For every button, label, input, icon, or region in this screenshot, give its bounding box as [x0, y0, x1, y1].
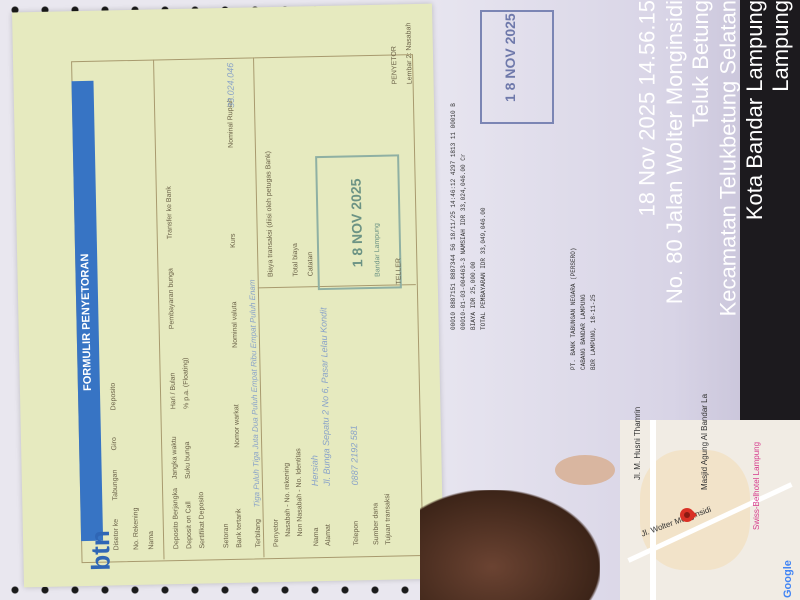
label-lembar: Lembar 2: Nasabah: [405, 23, 413, 85]
deposit-form: btn FORMULIR PENYETORAN Disetor ke Tabun…: [12, 4, 444, 588]
google-logo: Google: [782, 560, 794, 598]
stamp-date: 1 8 NOV 2025: [348, 178, 366, 267]
map-label-husni-thamrin: Jl. M. Husni Thamrin: [633, 407, 642, 480]
receipt-footer-2: CABANG BANDAR LAMPUNG: [580, 294, 587, 370]
label-floating: % p.a. (Floating): [182, 357, 190, 408]
receipt-footer-1: PT. BANK TABUNGAN NEGARA (PERSERO): [570, 248, 577, 370]
label-suku-bunga: Suku bunga: [184, 441, 192, 479]
overlay-street: No. 80 Jalan Wolter Monginsidi: [662, 0, 688, 304]
label-alamat: Alamat: [325, 524, 332, 546]
label-catatan: Catatan: [307, 252, 315, 277]
overlay-district: Teluk Betung: [688, 0, 714, 127]
handwritten-nama: Hersiah: [309, 455, 320, 486]
label-penyetor-signature: PENYETOR: [391, 46, 399, 85]
label-nama: Nama: [148, 531, 155, 550]
label-teller: TELLER: [395, 258, 403, 285]
map-label-masjid: Masjid Agung Al Bandar La: [700, 394, 709, 490]
label-bank-tertarik: Bank tertarik: [235, 508, 243, 547]
label-transfer-ke-bank: Transfer ke Bank: [166, 186, 174, 239]
receipt-line-2: 00010-01-03-004463-3 NAMSIAH IDR 33,024,…: [460, 154, 467, 330]
receipt-stamp: 1 8 NOV 2025: [480, 10, 554, 124]
option-sertifikat-deposito: Sertifikat Deposito: [198, 492, 206, 549]
overlay-city: Kota Bandar Lampung: [742, 0, 768, 220]
label-jangka-waktu: Jangka waktu: [171, 436, 179, 479]
label-terbilang: Terbilang: [255, 519, 263, 548]
option-deposito: Deposito: [110, 383, 118, 411]
label-total-biaya: Total biaya: [292, 243, 300, 277]
teller-stamp: 1 8 NOV 2025 Bandar Lampung: [315, 154, 402, 290]
stamp-branch: Bandar Lampung: [374, 223, 382, 277]
location-pin-dot: [684, 512, 690, 518]
btn-logo: btn: [85, 530, 117, 571]
hand: [420, 490, 600, 600]
label-nama-penyetor: Nama: [313, 527, 320, 546]
label-nomor-warkat: Nomor warkat: [233, 404, 241, 448]
form-border: [71, 54, 423, 563]
receipt-line-1: 00010 8887151 8887344 56 18/11/25 14:46:…: [450, 103, 457, 330]
label-setoran: Setoran: [223, 523, 231, 548]
label-kurs: Kurs: [230, 233, 237, 248]
overlay-timestamp: 18 Nov 2025 14.56.15: [635, 0, 661, 217]
map-label-swiss-belhotel: Swiss-Belhotel Lampung: [752, 442, 761, 530]
option-deposit-on-call: Deposit on Call: [185, 501, 193, 549]
handwritten-telepon: 0887 2192 581: [349, 425, 360, 485]
label-hari-bulan: Hari / Bulan: [170, 373, 178, 410]
overlay-province: Lampung: [768, 0, 794, 92]
thumb: [555, 455, 615, 485]
label-tujuan-transaksi: Tujuan transaksi: [384, 494, 392, 545]
receipt-stamp-date: 1 8 NOV 2025: [502, 13, 518, 102]
option-tabungan: Tabungan: [112, 470, 120, 501]
option-deposito-berjangka: Deposito Berjangka: [172, 488, 180, 549]
label-disetor-ke: Disetor ke: [113, 519, 121, 551]
label-no-rekening: No. Rekening: [132, 507, 140, 550]
label-penyetor: Penyetor: [273, 519, 281, 547]
receipt-line-4: TOTAL PEMBAYARAN IDR 33,049,046.00: [480, 208, 487, 330]
label-nominal-valuta: Nominal valuta: [231, 301, 239, 347]
handwritten-nominal: 33.024.046: [225, 63, 236, 108]
receipt-footer-3: BDR LAMPUNG, 18-11-25: [590, 294, 597, 370]
label-pembayaran-bunga: Pembayaran bunga: [167, 268, 175, 329]
overlay-kecamatan: Kecamatan Telukbetung Selatan: [715, 0, 741, 316]
receipt-line-3: BIAYA IDR 25,000.00: [470, 262, 477, 330]
option-giro: Giro: [111, 437, 118, 450]
label-sumber-dana: Sumber dana: [372, 503, 380, 545]
label-telepon: Telepon: [353, 521, 361, 546]
